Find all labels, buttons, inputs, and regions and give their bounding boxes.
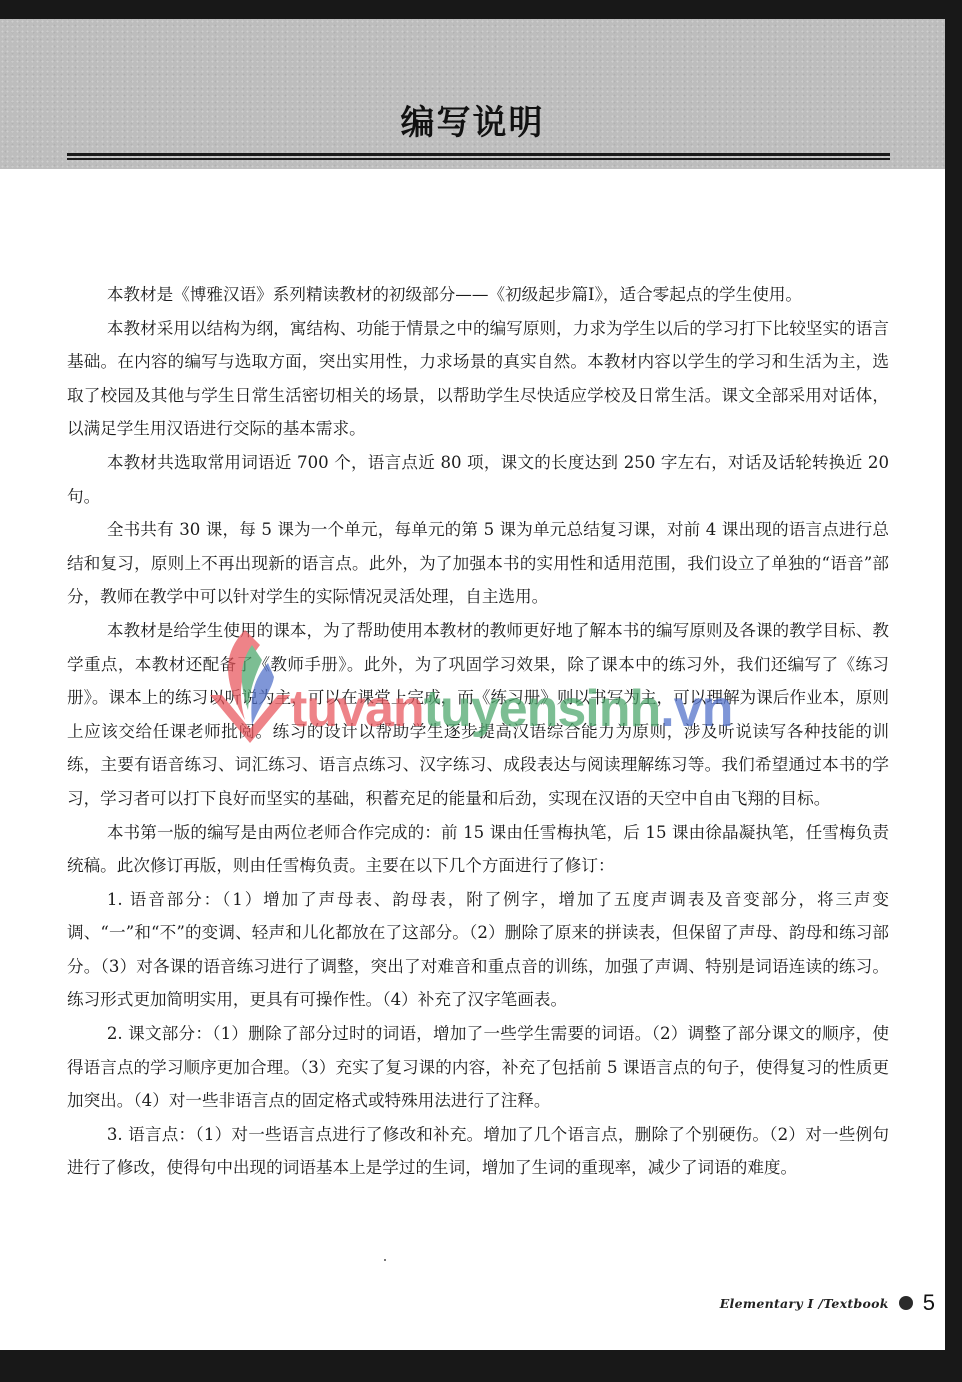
paragraph: 本教材是《博雅汉语》系列精读教材的初级部分——《初级起步篇Ⅰ》，适合零起点的学生…	[67, 278, 889, 312]
paragraph: 本教材共选取常用词语近 700 个，语言点近 80 项，课文的长度达到 250 …	[67, 446, 889, 513]
paragraph: 2. 课文部分：（1）删除了部分过时的词语，增加了一些学生需要的词语。（2）调整…	[67, 1017, 889, 1118]
bullet-dot-icon	[899, 1296, 913, 1310]
page-number: 5	[923, 1290, 935, 1316]
page-footer: Elementary I /Textbook 5	[720, 1290, 935, 1316]
title-divider	[67, 153, 890, 160]
series-label: Elementary I /Textbook	[720, 1296, 889, 1311]
body-text: 本教材是《博雅汉语》系列精读教材的初级部分——《初级起步篇Ⅰ》，适合零起点的学生…	[67, 278, 889, 1185]
paragraph: 全书共有 30 课，每 5 课为一个单元，每单元的第 5 课为单元总结复习课，对…	[67, 513, 889, 614]
page-title: 编写说明	[0, 95, 945, 144]
paragraph: 3. 语言点：（1）对一些语言点进行了修改和补充。增加了几个语言点，删除了个别硬…	[67, 1118, 889, 1185]
paragraph: 本书第一版的编写是由两位老师合作完成的：前 15 课由任雪梅执笔，后 15 课由…	[67, 816, 889, 883]
scan-speck	[384, 1259, 386, 1261]
viewer-bottom-bar	[0, 1350, 962, 1382]
header-band	[0, 19, 945, 169]
paragraph: 1. 语音部分：（1）增加了声母表、韵母表，附了例字，增加了五度声调表及音变部分…	[67, 883, 889, 1017]
paragraph: 本教材采用以结构为纲，寓结构、功能于情景之中的编写原则，力求为学生以后的学习打下…	[67, 312, 889, 446]
paragraph: 本教材是给学生使用的课本，为了帮助使用本教材的教师更好地了解本书的编写原则及各课…	[67, 614, 889, 816]
